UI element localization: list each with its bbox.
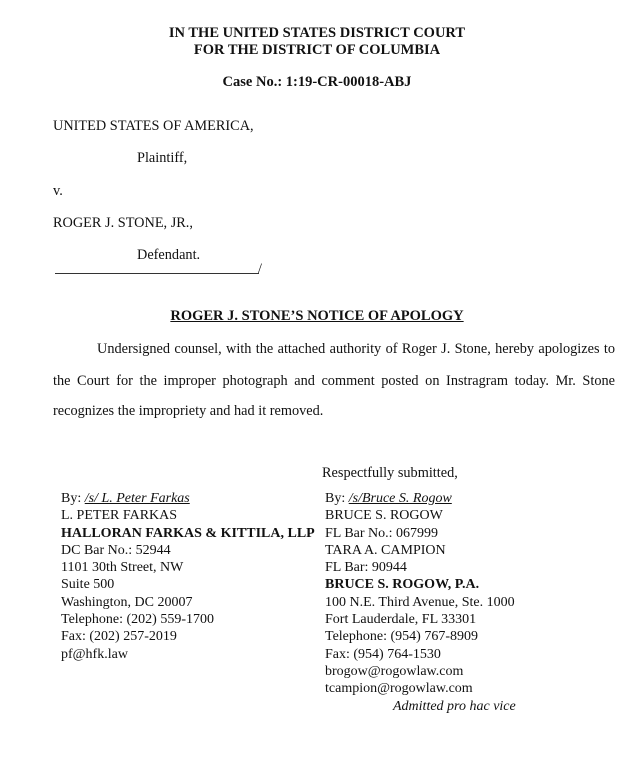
email-rogow: brogow@rogowlaw.com bbox=[325, 663, 516, 680]
fax: Fax: (202) 257-2019 bbox=[61, 628, 315, 645]
attorney-name-campion: TARA A. CAMPION bbox=[325, 542, 516, 559]
court-name-line1: IN THE UNITED STATES DISTRICT COURT bbox=[0, 25, 634, 42]
email-campion: tcampion@rogowlaw.com bbox=[325, 680, 516, 697]
email: pf@hfk.law bbox=[61, 646, 315, 663]
signature-line-right: By: /s/Bruce S. Rogow bbox=[325, 490, 516, 507]
pro-hac-vice-note: Admitted pro hac vice bbox=[325, 698, 516, 715]
defendant-role: Defendant. bbox=[137, 247, 200, 264]
versus: v. bbox=[53, 183, 63, 200]
court-name-line2: FOR THE DISTRICT OF COLUMBIA bbox=[0, 42, 634, 59]
attorney-name: L. PETER FARKAS bbox=[61, 507, 315, 524]
address-street: 1101 30th Street, NW bbox=[61, 559, 315, 576]
paragraph-line-2: the Court for the improper photograph an… bbox=[53, 373, 615, 390]
document-title: ROGER J. STONE’S NOTICE OF APOLOGY bbox=[0, 308, 634, 325]
case-number: Case No.: 1:19-CR-00018-ABJ bbox=[0, 74, 634, 91]
plaintiff-role: Plaintiff, bbox=[137, 150, 187, 167]
address-city-rogow: Fort Lauderdale, FL 33301 bbox=[325, 611, 516, 628]
attorney-name-rogow: BRUCE S. ROGOW bbox=[325, 507, 516, 524]
fax-rogow: Fax: (954) 764-1530 bbox=[325, 646, 516, 663]
telephone: Telephone: (202) 559-1700 bbox=[61, 611, 315, 628]
defendant-name: ROGER J. STONE, JR., bbox=[53, 215, 193, 232]
telephone-rogow: Telephone: (954) 767-8909 bbox=[325, 628, 516, 645]
firm-name: HALLORAN FARKAS & KITTILA, LLP bbox=[61, 525, 315, 542]
e-signature-farkas: /s/ L. Peter Farkas bbox=[85, 491, 190, 506]
paragraph-line-1: Undersigned counsel, with the attached a… bbox=[53, 341, 615, 358]
paragraph-line-3: recognizes the impropriety and had it re… bbox=[53, 403, 323, 420]
address-city: Washington, DC 20007 bbox=[61, 594, 315, 611]
signature-block-left: By: /s/ L. Peter Farkas L. PETER FARKAS … bbox=[61, 490, 315, 663]
e-signature-rogow: /s/Bruce S. Rogow bbox=[349, 491, 452, 506]
caption-rule-slash: / bbox=[258, 261, 262, 278]
signature-line-left: By: /s/ L. Peter Farkas bbox=[61, 490, 315, 507]
bar-number-rogow: FL Bar No.: 067999 bbox=[325, 525, 516, 542]
address-suite: Suite 500 bbox=[61, 576, 315, 593]
firm-name-rogow: BRUCE S. ROGOW, P.A. bbox=[325, 576, 516, 593]
bar-number: DC Bar No.: 52944 bbox=[61, 542, 315, 559]
bar-number-campion: FL Bar: 90944 bbox=[325, 559, 516, 576]
closing: Respectfully submitted, bbox=[322, 465, 458, 482]
plaintiff-name: UNITED STATES OF AMERICA, bbox=[53, 118, 254, 135]
caption-rule bbox=[55, 273, 259, 274]
signature-block-right: By: /s/Bruce S. Rogow BRUCE S. ROGOW FL … bbox=[325, 490, 516, 715]
address-street-rogow: 100 N.E. Third Avenue, Ste. 1000 bbox=[325, 594, 516, 611]
